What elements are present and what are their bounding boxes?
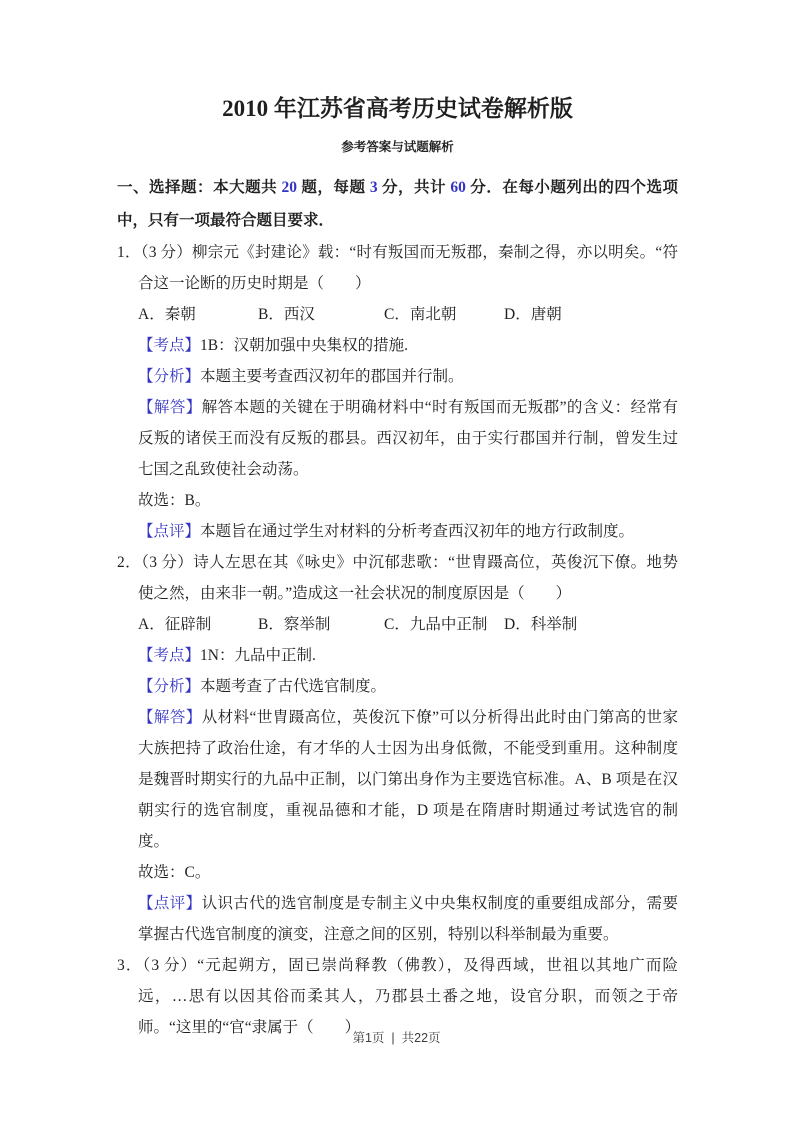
option: B．察举制 [258, 609, 384, 640]
analysis-line: 故选：C。 [138, 857, 678, 888]
analysis-label: 【点评】 [138, 895, 202, 912]
analysis-text: 解答本题的关键在于明确材料中“时有叛国而无叛郡”的含义：经常有反叛的诸侯王而没有… [138, 399, 678, 478]
option: A．征辟制 [138, 609, 258, 640]
document-subtitle: 参考答案与试题解析 [117, 139, 678, 156]
analysis-line: 【点评】本题旨在通过学生对材料的分析考查西汉初年的地方行政制度。 [138, 516, 678, 547]
heading-text: 题，每题 [297, 179, 370, 196]
question-number: 3． [117, 957, 142, 974]
analysis-line: 【解答】解答本题的关键在于明确材料中“时有叛国而无叛郡”的含义：经常有反叛的诸侯… [138, 392, 678, 485]
footer-page-number: 第1页 [352, 1031, 384, 1045]
page-footer: 第1页|共22页 [0, 1030, 793, 1046]
document-page: 2010 年江苏省高考历史试卷解析版 参考答案与试题解析 一、选择题：本大题共 … [0, 0, 793, 1122]
question-block: 1．（3 分）柳宗元《封建论》载：“时有叛国而无叛郡，秦制之得，亦以明矣。“符合… [117, 237, 678, 547]
analysis-label: 【考点】 [138, 337, 200, 354]
document-title: 2010 年江苏省高考历史试卷解析版 [117, 94, 678, 124]
question-stem-text: （3 分）柳宗元《封建论》载：“时有叛国而无叛郡，秦制之得，亦以明矣。“符合这一… [138, 244, 678, 292]
analysis-line: 故选：B。 [138, 485, 678, 516]
question-stem: 1．（3 分）柳宗元《封建论》载：“时有叛国而无叛郡，秦制之得，亦以明矣。“符合… [117, 237, 678, 299]
question-stem-text: （3 分）诗人左思在其《咏史》中沉郁悲歌：“世胄蹑高位，英俊沉下僚。地势使之然，… [138, 554, 678, 602]
analysis-line: 【分析】本题主要考查西汉初年的郡国并行制。 [138, 361, 678, 392]
footer-separator: | [391, 1031, 394, 1045]
analysis-line: 【考点】1N：九品中正制. [138, 640, 678, 671]
analysis-text: 本题考查了古代选官制度。 [200, 678, 386, 695]
question-stem: 2．（3 分）诗人左思在其《咏史》中沉郁悲歌：“世胄蹑高位，英俊沉下僚。地势使之… [117, 547, 678, 609]
analysis-text: 从材料“世胄蹑高位，英俊沉下僚”可以分析得出此时由门第高的世家大族把持了政治仕途… [138, 709, 678, 850]
question-block: 2．（3 分）诗人左思在其《咏史》中沉郁悲歌：“世胄蹑高位，英俊沉下僚。地势使之… [117, 547, 678, 950]
analysis-text: 认识古代的选官制度是专制主义中央集权制度的重要组成部分，需要掌握古代选官制度的演… [138, 895, 678, 943]
analysis-label: 【解答】 [138, 399, 202, 416]
options-row: A．秦朝B．西汉C．南北朝D．唐朝 [138, 299, 678, 330]
analysis-line: 【考点】1B：汉朝加强中央集权的措施. [138, 330, 678, 361]
analysis-text: 故选：C。 [138, 864, 210, 881]
question-number: 1． [117, 244, 141, 261]
question-stem-text: （3 分）“元起朔方，固已崇尚释教（佛教），及得西域，世祖以其地广而险远，…思有… [138, 957, 678, 1036]
option: C．九品中正制 [384, 609, 504, 640]
question-number: 2． [117, 554, 141, 571]
analysis-text: 本题主要考查西汉初年的郡国并行制。 [200, 368, 464, 385]
analysis-label: 【分析】 [138, 368, 200, 385]
option: C．南北朝 [384, 299, 504, 330]
analysis-line: 【解答】从材料“世胄蹑高位，英俊沉下僚”可以分析得出此时由门第高的世家大族把持了… [138, 702, 678, 857]
analysis-label: 【分析】 [138, 678, 200, 695]
analysis-text: 故选：B。 [138, 492, 210, 509]
questions-container: 1．（3 分）柳宗元《封建论》载：“时有叛国而无叛郡，秦制之得，亦以明矣。“符合… [117, 237, 678, 1043]
analysis-label: 【考点】 [138, 647, 200, 664]
analysis-label: 【解答】 [138, 709, 202, 726]
analysis-text: 本题旨在通过学生对材料的分析考查西汉初年的地方行政制度。 [200, 523, 634, 540]
heading-number: 3 [370, 179, 378, 196]
document-content: 2010 年江苏省高考历史试卷解析版 参考答案与试题解析 一、选择题：本大题共 … [117, 0, 678, 1043]
options-row: A．征辟制B．察举制C．九品中正制D．科举制 [138, 609, 678, 640]
analysis-line: 【点评】认识古代的选官制度是专制主义中央集权制度的重要组成部分，需要掌握古代选官… [138, 888, 678, 950]
section-heading: 一、选择题：本大题共 20 题，每题 3 分，共计 60 分．在每小题列出的四个… [117, 171, 678, 237]
footer-total-pages: 共22页 [402, 1031, 441, 1045]
heading-text: 一、选择题：本大题共 [117, 179, 282, 196]
analysis-line: 【分析】本题考查了古代选官制度。 [138, 671, 678, 702]
option: B．西汉 [258, 299, 384, 330]
analysis-text: 1B：汉朝加强中央集权的措施. [200, 337, 408, 354]
heading-number: 60 [450, 179, 466, 196]
option: D．唐朝 [504, 299, 678, 330]
option: A．秦朝 [138, 299, 258, 330]
option: D．科举制 [504, 609, 678, 640]
heading-text: 分，共计 [378, 179, 451, 196]
analysis-label: 【点评】 [138, 523, 200, 540]
heading-number: 20 [282, 179, 298, 196]
analysis-text: 1N：九品中正制. [200, 647, 316, 664]
